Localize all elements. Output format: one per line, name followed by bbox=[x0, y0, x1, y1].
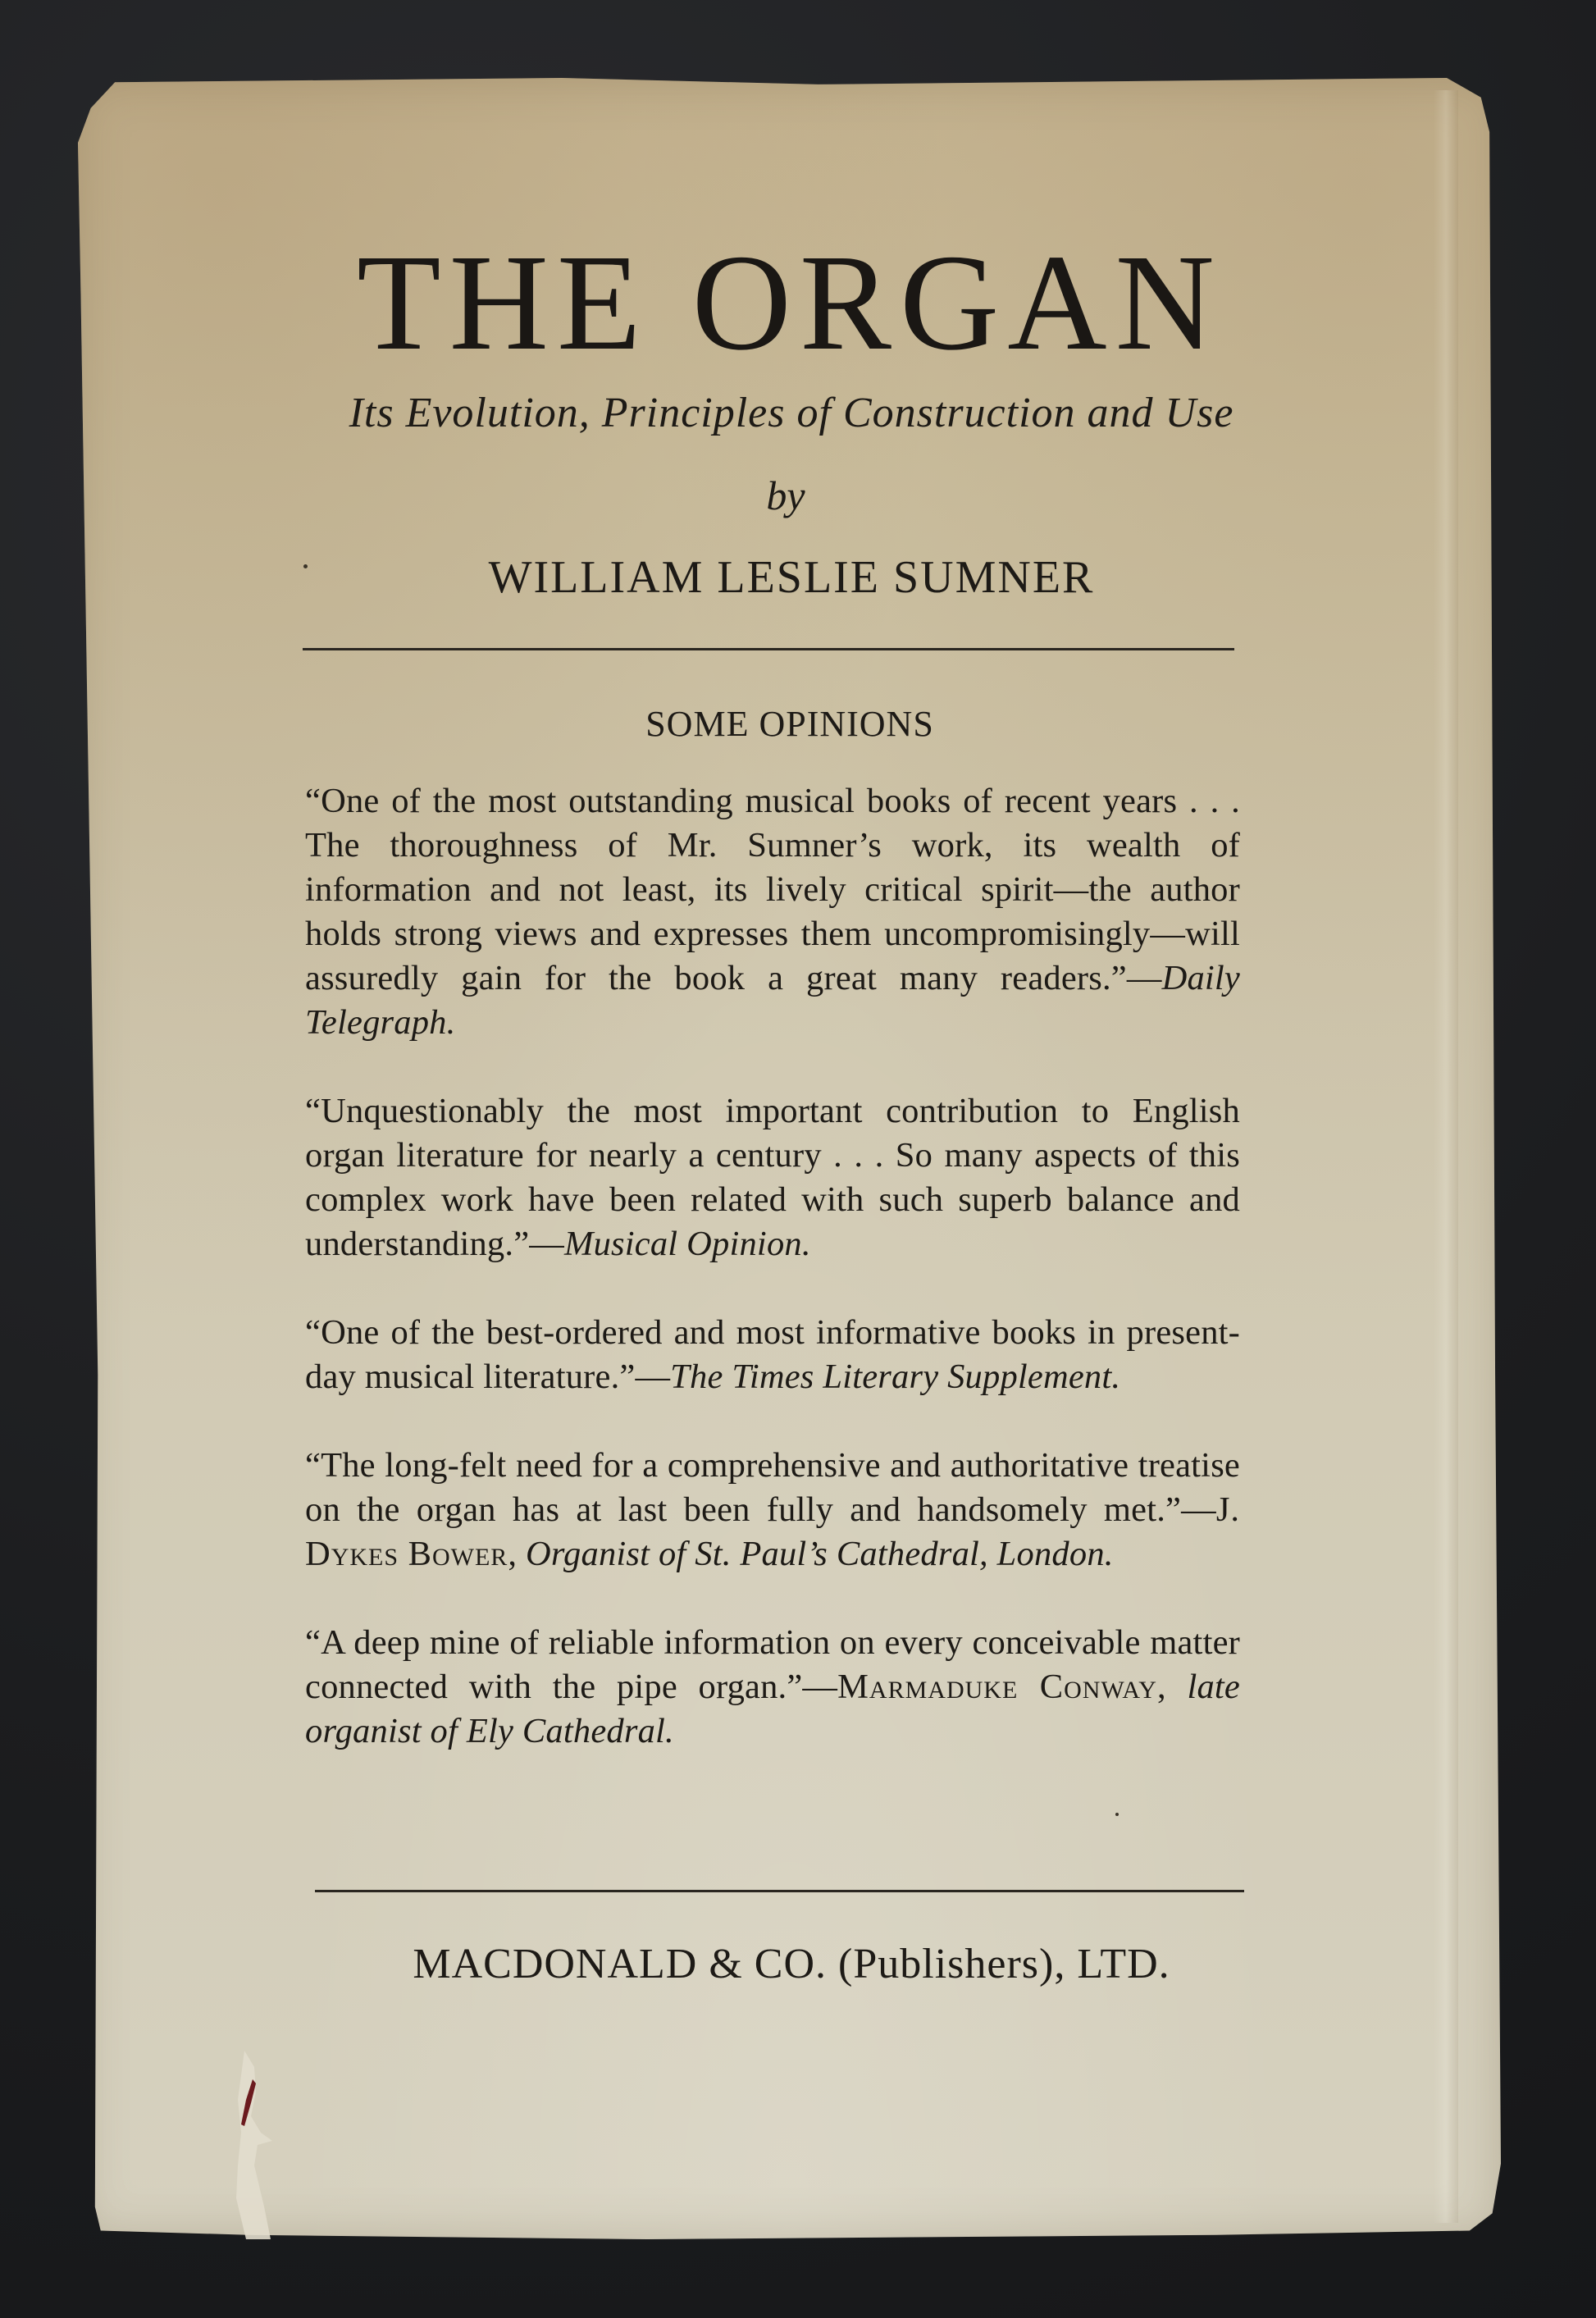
quote-times-literary-supplement: “One of the best-ordered and most inform… bbox=[305, 1311, 1240, 1399]
quote-source: Musical Opinion. bbox=[564, 1225, 811, 1263]
quote-text: “One of the most outstanding musical boo… bbox=[305, 782, 1240, 997]
quote-musical-opinion: “Unquestionably the most important contr… bbox=[305, 1089, 1240, 1266]
publisher-name: MACDONALD & CO. (Publishers), LTD. bbox=[0, 1940, 1589, 1988]
by-line: by bbox=[0, 472, 1584, 519]
paper-speck bbox=[1115, 1813, 1119, 1816]
divider-top bbox=[303, 648, 1234, 650]
quote-attribution-separator: , bbox=[508, 1535, 526, 1573]
opinions-list: “One of the most outstanding musical boo… bbox=[305, 779, 1240, 1798]
quote-dykes-bower: “The long-felt need for a comprehensive … bbox=[305, 1444, 1240, 1577]
author-name: WILLIAM LESLIE SUMNER bbox=[0, 551, 1589, 604]
book-subtitle: Its Evolution, Principles of Constructio… bbox=[0, 389, 1589, 437]
opinions-heading: SOME OPINIONS bbox=[0, 703, 1588, 745]
quote-text: “The long-felt need for a comprehensive … bbox=[305, 1446, 1240, 1529]
quote-source: The Times Literary Supplement. bbox=[670, 1357, 1120, 1396]
quote-attribution-separator: , bbox=[1157, 1668, 1187, 1706]
quote-attribution: Marmaduke Conway bbox=[837, 1668, 1157, 1706]
quote-source: Organist of St. Paul’s Cathedral, London… bbox=[526, 1535, 1114, 1573]
quote-daily-telegraph: “One of the most outstanding musical boo… bbox=[305, 779, 1240, 1045]
quote-marmaduke-conway: “A deep mine of reliable information on … bbox=[305, 1621, 1240, 1754]
cover-content: THE ORGAN Its Evolution, Principles of C… bbox=[0, 0, 1596, 2318]
paper-speck bbox=[303, 564, 308, 568]
book-title: THE ORGAN bbox=[0, 234, 1588, 372]
divider-bottom bbox=[315, 1890, 1244, 1892]
